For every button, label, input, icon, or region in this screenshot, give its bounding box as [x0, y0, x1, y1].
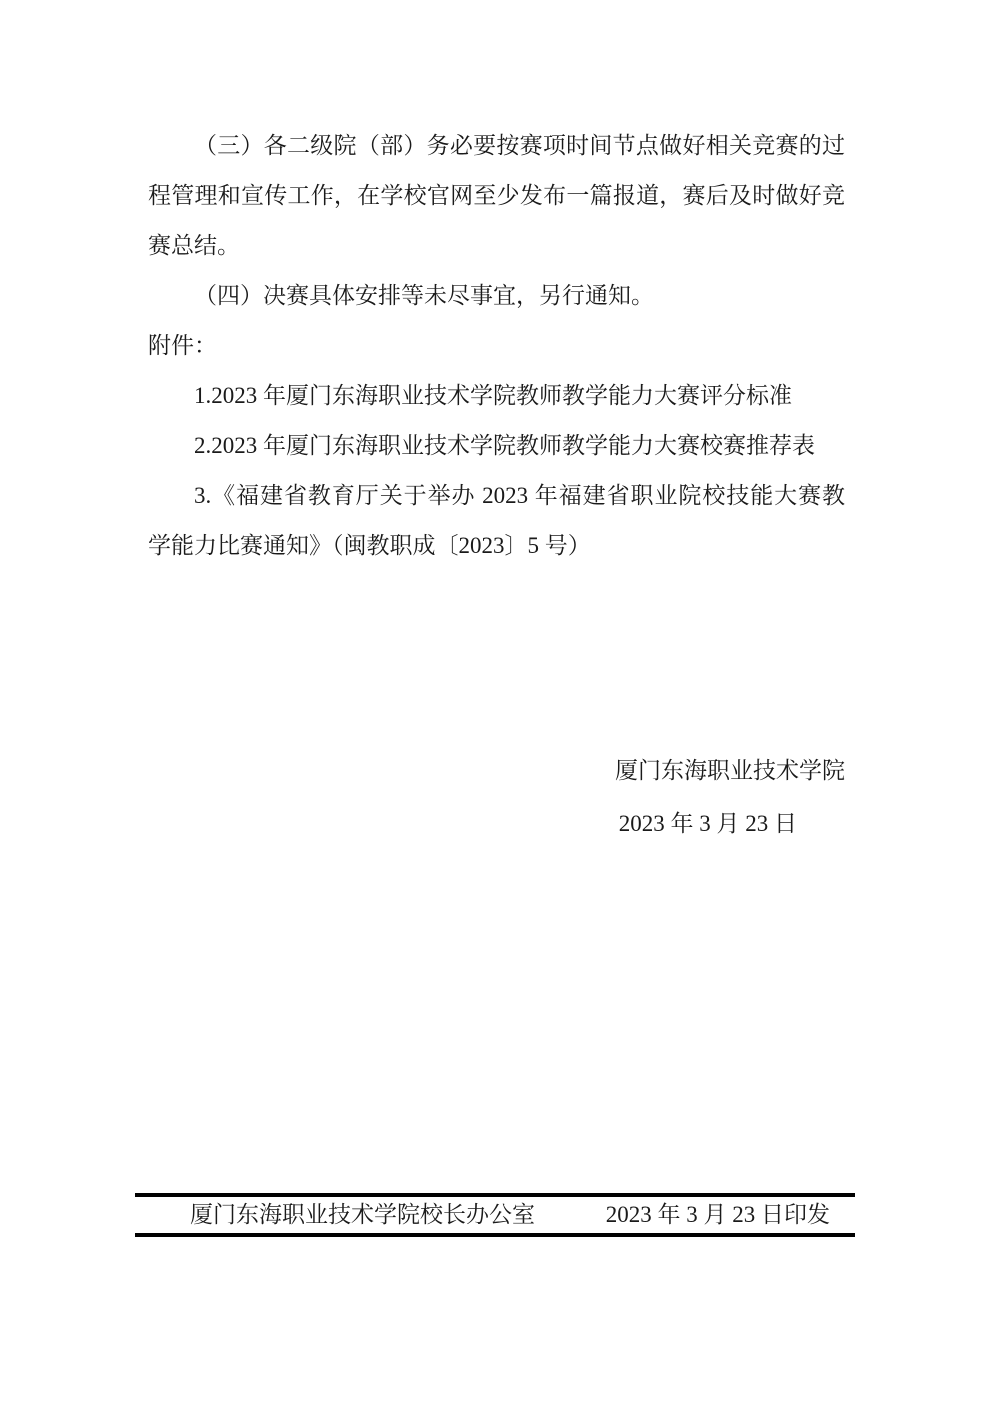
attachment-item-1: 1.2023 年厦门东海职业技术学院教师教学能力大赛评分标准 [148, 371, 845, 421]
attachment-item-3-line-2: 学能力比赛通知》（闽教职成〔2023〕5 号） [148, 521, 845, 571]
attachment-item-3-line-1: 3.《福建省教育厅关于举办 2023 年福建省职业院校技能大赛教 [148, 471, 845, 521]
signature-issuer: 厦门东海职业技术学院 [148, 744, 845, 797]
attachment-item-2: 2.2023 年厦门东海职业技术学院教师教学能力大赛校赛推荐表 [148, 421, 845, 471]
colophon-office: 厦门东海职业技术学院校长办公室 [190, 1197, 535, 1233]
colophon-print-date: 2023 年 3 月 23 日印发 [606, 1197, 830, 1233]
paragraph-3-line-1: （三）各二级院（部）务必要按赛项时间节点做好相关竞赛的过 [148, 121, 845, 171]
document-body: （三）各二级院（部）务必要按赛项时间节点做好相关竞赛的过 程管理和宣传工作，在学… [148, 121, 845, 850]
colophon-footer: 厦门东海职业技术学院校长办公室 2023 年 3 月 23 日印发 [135, 1193, 855, 1237]
signature-block: 厦门东海职业技术学院 2023 年 3 月 23 日 [148, 744, 845, 850]
signature-date: 2023 年 3 月 23 日 [148, 797, 845, 850]
paragraph-3-line-3: 赛总结。 [148, 221, 845, 271]
attachments-label: 附件： [148, 321, 845, 371]
paragraph-3-line-2: 程管理和宣传工作，在学校官网至少发布一篇报道，赛后及时做好竞 [148, 171, 845, 221]
paragraph-4: （四）决赛具体安排等未尽事宜，另行通知。 [148, 271, 845, 321]
document-page: （三）各二级院（部）务必要按赛项时间节点做好相关竞赛的过 程管理和宣传工作，在学… [0, 0, 992, 1403]
